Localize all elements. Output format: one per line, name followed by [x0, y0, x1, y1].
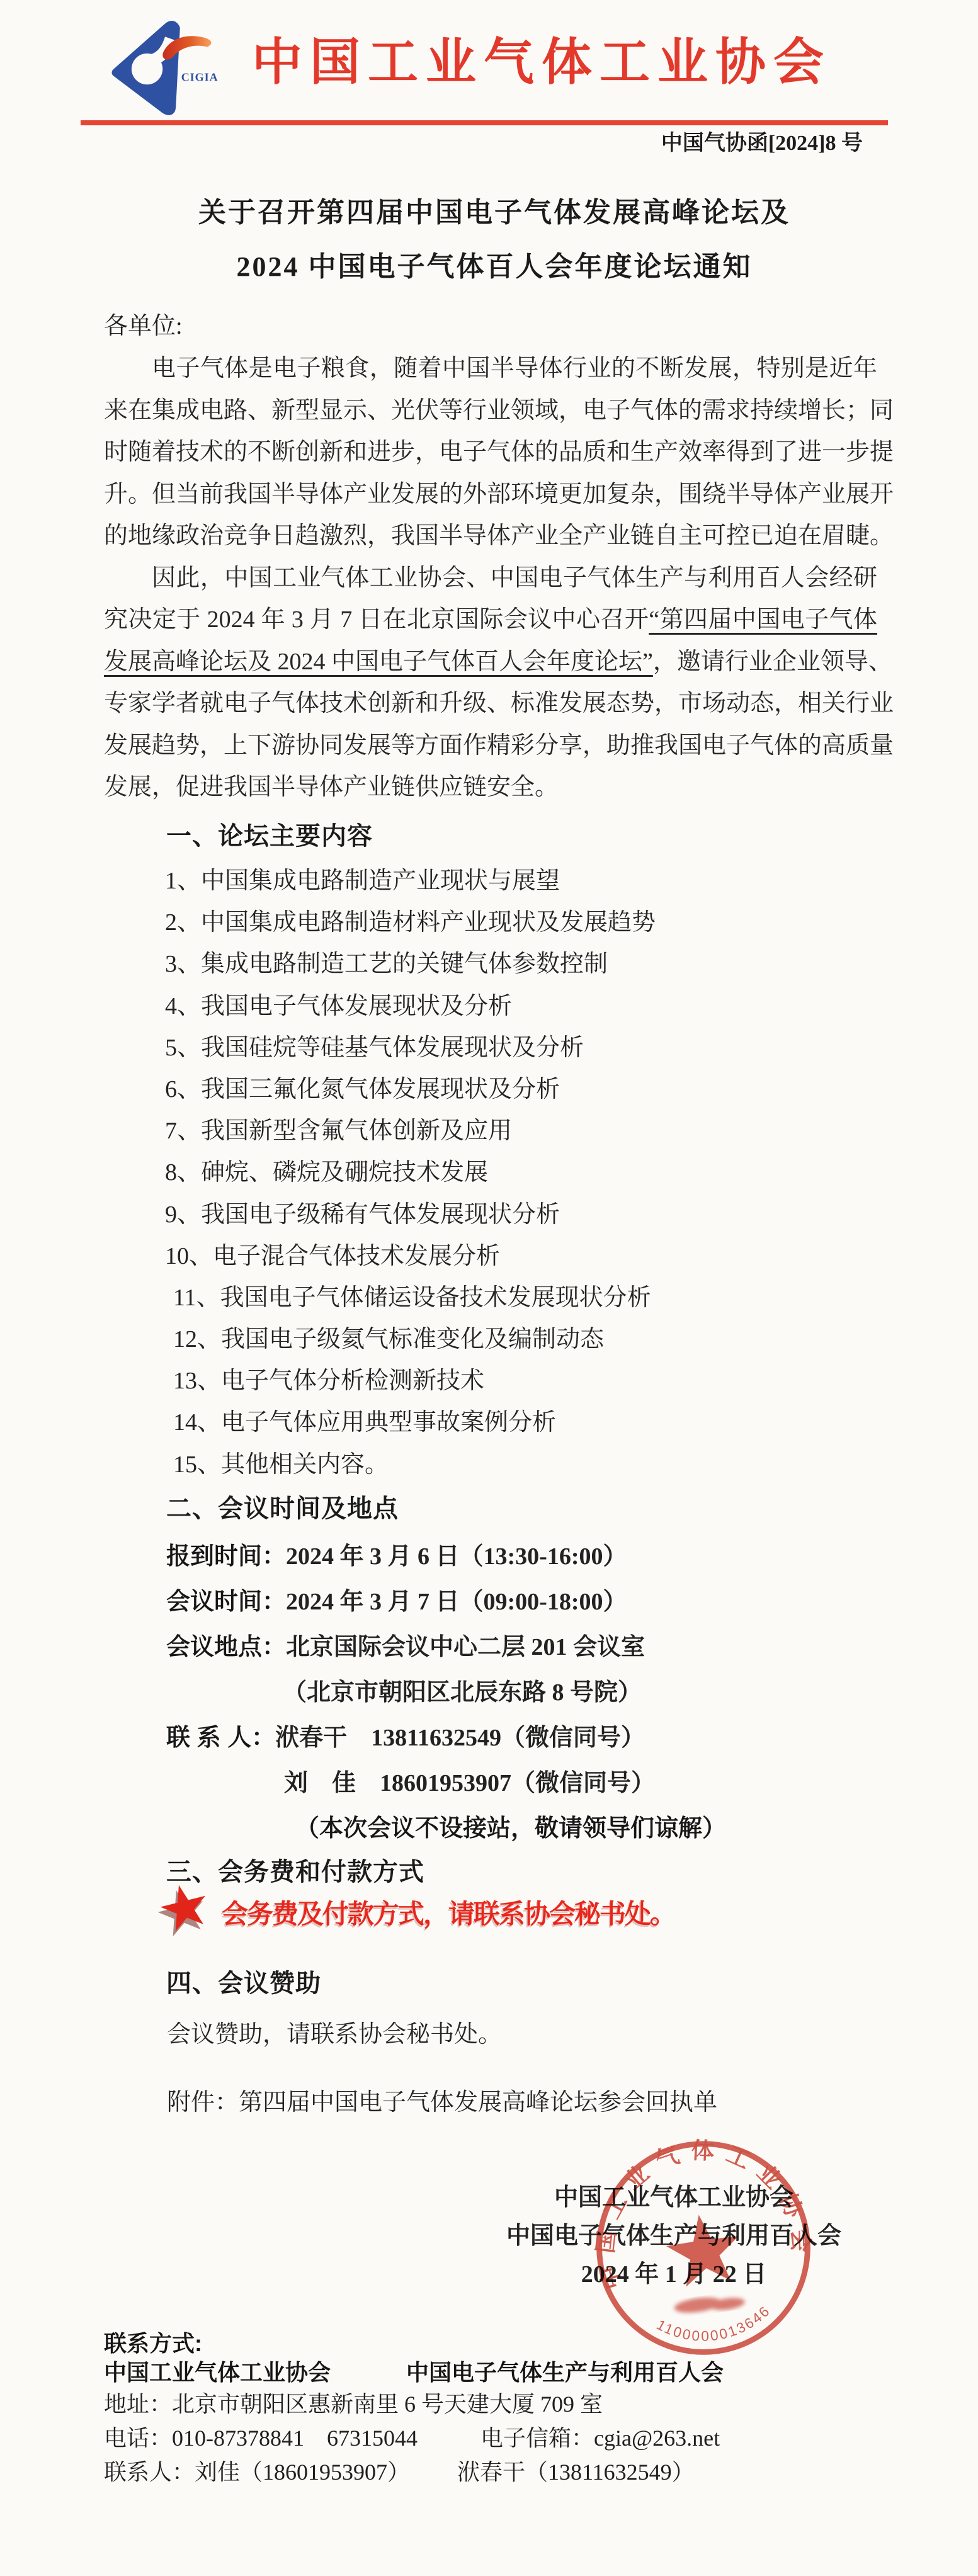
text-segment: 来在集成电路、新型显示、光伏等行业领域，电子气体的需求持续增长；同 — [104, 397, 894, 424]
meeting-row: 会议地点：北京国际会议中心二层 201 会议室 — [166, 1625, 878, 1670]
meeting-row: （本次会议不设接站，敬请领导们谅解） — [166, 1806, 878, 1851]
meeting-info: 报到时间：2024 年 3 月 6 日（13:30-16:00）会议时间：202… — [166, 1534, 878, 1851]
forum-item: 4、我国电子气体发展现状及分析 — [165, 985, 883, 1027]
meeting-value: 刘 佳 18601953907（微信同号） — [284, 1770, 655, 1796]
notice-title-line1: 关于召开第四届中国电子气体发展高峰论坛及 — [101, 196, 888, 229]
footer-org2: 中国电子气体生产与利用百人会 — [406, 2359, 724, 2385]
meeting-row: 刘 佳 18601953907（微信同号） — [166, 1761, 878, 1806]
header-divider — [81, 120, 888, 125]
meeting-value: 洑春干 13811632549（微信同号） — [275, 1725, 645, 1751]
text-segment: 专家学者就电子气体技术创新和升级、标准发展态势，市场动态，相关行业 — [104, 690, 894, 717]
text-segment: 电子气体是电子粮食，随着中国半导体行业的不断发展，特别是近年 — [152, 355, 877, 382]
document-number: 中国气协函[2024]8 号 — [560, 130, 863, 157]
paragraph-line: 发展高峰论坛及 2024 中国电子气体百人会年度论坛”，邀请行业企业领导、 — [104, 641, 877, 683]
forum-item: 9、我国电子级稀有气体发展现状分析 — [165, 1194, 883, 1235]
text-segment: 究决定于 2024 年 3 月 7 日在北京国际会议中心召开 — [104, 606, 649, 633]
meeting-label: 报到时间： — [166, 1543, 286, 1570]
footer-phone: 电话：010-87378841 67315044 — [104, 2426, 418, 2451]
paragraph-line: 的地缘政治竞争日趋激烈，我国半导体产业全产业链自主可控已迫在眉睫。 — [104, 515, 877, 557]
paragraph-line: 发展趋势，上下游协同发展等方面作精彩分享，助推我国电子气体的高质量 — [104, 725, 877, 767]
text-segment: 发展，促进我国半导体产业链供应链安全。 — [104, 774, 559, 800]
paragraph-line: 究决定于 2024 年 3 月 7 日在北京国际会议中心召开“第四届中国电子气体 — [104, 599, 877, 641]
footer-phone-email: 电话：010-87378841 67315044电子信箱：cgia@263.ne… — [104, 2423, 720, 2453]
meeting-row: 联 系 人：洑春干 13811632549（微信同号） — [166, 1715, 878, 1761]
text-segment: 的地缘政治竞争日趋激烈，我国半导体产业全产业链自主可控已迫在眉睫。 — [104, 523, 894, 549]
forum-item: 6、我国三氟化氮气体发展现状及分析 — [165, 1069, 883, 1110]
meeting-row: 会议时间：2024 年 3 月 7 日（09:00-18:00） — [166, 1579, 878, 1625]
official-seal: 中国工业气体工业协会 1100000013646 — [586, 2130, 821, 2366]
footer-address: 地址：北京市朝阳区惠新南里 6 号天建大厦 709 室 — [104, 2389, 603, 2419]
salutation: 各单位: — [104, 311, 183, 341]
forum-item: 14、电子气体应用典型事故案例分析 — [165, 1402, 883, 1443]
meeting-note: （本次会议不设接站，敬请领导们谅解） — [295, 1815, 726, 1842]
seal-star-icon — [662, 2210, 744, 2289]
meeting-row: （北京市朝阳区北辰东路 8 号院） — [166, 1670, 878, 1715]
text-segment: 时随着技术的不断创新和进步，电子气体的品质和生产效率得到了进一步提 — [104, 439, 894, 465]
section-heading-sponsor: 四、会议赞助 — [166, 1968, 321, 1999]
text-segment: 升。但当前我国半导体产业发展的外部环境更加复杂，围绕半导体产业展开 — [104, 481, 894, 508]
paragraph-line: 升。但当前我国半导体产业发展的外部环境更加复杂，围绕半导体产业展开 — [104, 474, 877, 516]
meeting-value: （北京市朝阳区北辰东路 8 号院） — [283, 1679, 642, 1706]
meeting-row: 报到时间：2024 年 3 月 6 日（13:30-16:00） — [166, 1534, 878, 1579]
seal-smudge — [673, 2292, 746, 2317]
forum-item: 15、其他相关内容。 — [165, 1444, 883, 1485]
forum-item: 13、电子气体分析检测新技术 — [165, 1360, 883, 1402]
forum-item: 2、中国集成电路制造材料产业现状及发展趋势 — [165, 902, 883, 943]
forum-item: 5、我国硅烷等硅基气体发展现状及分析 — [165, 1027, 883, 1069]
footer-org1: 中国工业气体工业协会 — [104, 2359, 331, 2385]
forum-topic-list: 1、中国集成电路制造产业现状与展望2、中国集成电路制造材料产业现状及发展趋势3、… — [165, 860, 883, 1485]
fee-notice: 会务费及付款方式，请联系协会秘书处。 — [222, 1897, 675, 1932]
footer-heading: 联系方式: — [104, 2329, 202, 2359]
paragraph-line: 因此，中国工业气体工业协会、中国电子气体生产与利用百人会经研 — [104, 557, 877, 599]
footer-contacts: 联系人：刘佳（18601953907）洑春干（13811632549） — [104, 2457, 695, 2487]
forum-item: 10、电子混合气体技术发展分析 — [165, 1235, 883, 1277]
footer-email: 电子信箱：cgia@263.net — [480, 2426, 720, 2451]
notice-title-line2: 2024 中国电子气体百人会年度论坛通知 — [101, 251, 888, 283]
meeting-label: 联 系 人： — [166, 1725, 275, 1751]
underlined-text: “第四届中国电子气体 — [649, 606, 877, 633]
association-title: 中国工业气体工业协会 — [208, 33, 875, 93]
meeting-value: 2024 年 3 月 6 日（13:30-16:00） — [286, 1543, 627, 1570]
underlined-text: 发展高峰论坛及 2024 中国电子气体百人会年度论坛” — [104, 649, 653, 675]
footer-contact2: 洑春干（13811632549） — [457, 2460, 695, 2485]
forum-item: 1、中国集成电路制造产业现状与展望 — [165, 860, 883, 902]
paragraph-line: 来在集成电路、新型显示、光伏等行业领域，电子气体的需求持续增长；同 — [104, 390, 877, 432]
meeting-value: 北京国际会议中心二层 201 会议室 — [286, 1634, 645, 1660]
meeting-value: 2024 年 3 月 7 日（09:00-18:00） — [286, 1589, 627, 1615]
meeting-label: 会议时间： — [166, 1589, 286, 1615]
forum-item: 11、我国电子气体储运设备技术发展现状分析 — [165, 1277, 883, 1319]
text-segment: 因此，中国工业气体工业协会、中国电子气体生产与利用百人会经研 — [152, 565, 877, 591]
footer-orgs: 中国工业气体工业协会中国电子气体生产与利用百人会 — [104, 2358, 724, 2388]
section-heading-forum-content: 一、论坛主要内容 — [166, 820, 373, 852]
forum-item: 12、我国电子级氦气标准变化及编制动态 — [165, 1319, 883, 1360]
meeting-label: 会议地点： — [166, 1634, 286, 1660]
paragraph-line: 发展，促进我国半导体产业链供应链安全。 — [104, 766, 877, 809]
forum-item: 8、砷烷、磷烷及硼烷技术发展 — [165, 1152, 883, 1193]
sponsor-text: 会议赞助，请联系协会秘书处。 — [167, 2019, 502, 2050]
paragraph-line: 专家学者就电子气体技术创新和升级、标准发展态势，市场动态，相关行业 — [104, 683, 877, 725]
paragraph-line: 时随着技术的不断创新和进步，电子气体的品质和生产效率得到了进一步提 — [104, 431, 877, 474]
text-segment: ，邀请行业企业领导、 — [653, 649, 892, 675]
forum-item: 3、集成电路制造工艺的关键气体参数控制 — [165, 943, 883, 985]
document-page: CIGIA 中国工业气体工业协会 中国气协函[2024]8 号 关于召开第四届中… — [0, 0, 978, 2576]
forum-item: 7、我国新型含氟气体创新及应用 — [165, 1110, 883, 1152]
section-heading-time-place: 二、会议时间及地点 — [166, 1493, 399, 1524]
attachment-line: 附件：第四届中国电子气体发展高峰论坛参会回执单 — [167, 2087, 717, 2118]
body-paragraphs: 电子气体是电子粮食，随着中国半导体行业的不断发展，特别是近年来在集成电路、新型显… — [104, 348, 877, 809]
text-segment: 发展趋势，上下游协同发展等方面作精彩分享，助推我国电子气体的高质量 — [104, 732, 894, 759]
paragraph-line: 电子气体是电子粮食，随着中国半导体行业的不断发展，特别是近年 — [104, 348, 877, 390]
logo-mark — [116, 25, 211, 111]
footer-contact1: 联系人：刘佳（18601953907） — [104, 2460, 410, 2485]
